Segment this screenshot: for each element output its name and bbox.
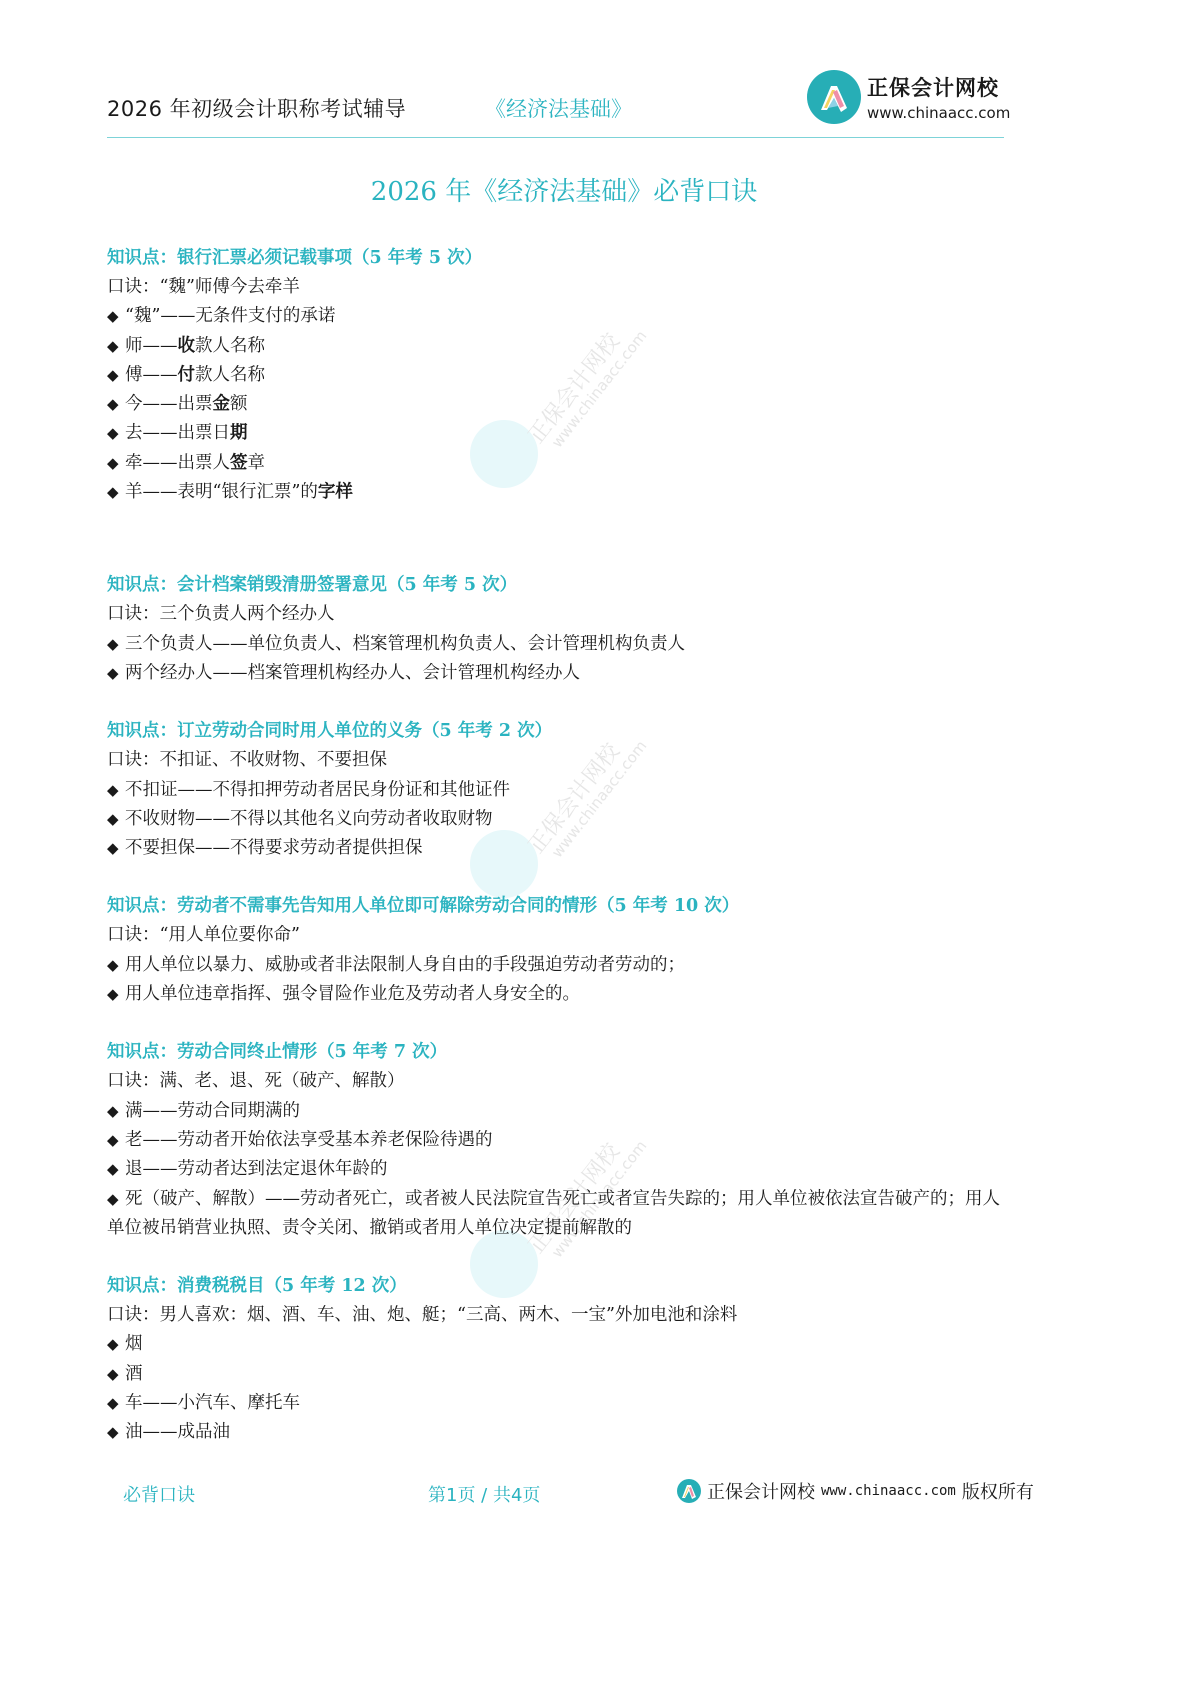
list-item: ◆三个负责人——单位负责人、档案管理机构负责人、会计管理机构负责人 xyxy=(107,630,1007,659)
list-item: ◆牵——出票人签章 xyxy=(107,449,1007,478)
diamond-bullet-icon: ◆ xyxy=(107,390,125,419)
logo-icon xyxy=(807,70,861,124)
section-heading: 知识点：劳动者不需事先告知用人单位即可解除劳动合同的情形（5 年考 10 次） xyxy=(107,892,1007,921)
section-heading: 知识点：消费税税目（5 年考 12 次） xyxy=(107,1272,1007,1301)
list-item: ◆烟 xyxy=(107,1330,1007,1359)
list-item: ◆退——劳动者达到法定退休年龄的 xyxy=(107,1155,1007,1184)
diamond-bullet-icon: ◆ xyxy=(107,332,125,361)
list-item: ◆满——劳动合同期满的 xyxy=(107,1097,1007,1126)
knowledge-section: 知识点：劳动合同终止情形（5 年考 7 次） 口诀：满、老、退、死（破产、解散）… xyxy=(107,1038,1007,1243)
diamond-bullet-icon: ◆ xyxy=(107,1330,125,1359)
diamond-bullet-icon: ◆ xyxy=(107,1185,125,1214)
diamond-bullet-icon: ◆ xyxy=(107,1155,125,1184)
section-heading: 知识点：会计档案销毁清册签署意见（5 年考 5 次） xyxy=(107,571,1007,600)
diamond-bullet-icon: ◆ xyxy=(107,630,125,659)
section-heading: 知识点：劳动合同终止情形（5 年考 7 次） xyxy=(107,1038,1007,1067)
diamond-bullet-icon: ◆ xyxy=(107,449,125,478)
knowledge-section: 知识点：订立劳动合同时用人单位的义务（5 年考 2 次） 口诀：不扣证、不收财物… xyxy=(107,717,1007,863)
section-heading: 知识点：银行汇票必须记载事项（5 年考 5 次） xyxy=(107,244,1007,273)
footer-label: 必背口诀 xyxy=(123,1481,195,1507)
section-heading: 知识点：订立劳动合同时用人单位的义务（5 年考 2 次） xyxy=(107,717,1007,746)
footer-brand: 正保会计网校 xyxy=(707,1478,815,1504)
page-footer: 必背口诀 第1页 / 共4页 正保会计网校 www.chinaacc.com 版… xyxy=(0,1478,1190,1508)
list-item: ◆死（破产、解散）——劳动者死亡，或者被人民法院宣告死亡或者宣告失踪的；用人单位… xyxy=(107,1185,1007,1244)
header-title: 2026 年初级会计职称考试辅导 xyxy=(107,93,406,123)
list-item: ◆羊——表明“银行汇票”的字样 xyxy=(107,478,1007,507)
knowledge-section: 知识点：消费税税目（5 年考 12 次） 口诀：男人喜欢：烟、酒、车、油、炮、艇… xyxy=(107,1272,1007,1447)
diamond-bullet-icon: ◆ xyxy=(107,1097,125,1126)
logo-url: www.chinaacc.com xyxy=(867,104,1010,122)
list-item: ◆两个经办人——档案管理机构经办人、会计管理机构经办人 xyxy=(107,659,1007,688)
page-number: 第1页 / 共4页 xyxy=(428,1481,540,1507)
diamond-bullet-icon: ◆ xyxy=(107,1126,125,1155)
mnemonic: 口诀：男人喜欢：烟、酒、车、油、炮、艇；“三高、两木、一宝”外加电池和涂料 xyxy=(107,1301,1007,1330)
knowledge-section: 知识点：银行汇票必须记载事项（5 年考 5 次） 口诀：“魏”师傅今去牵羊 ◆“… xyxy=(107,244,1007,507)
footer-copyright: 正保会计网校 www.chinaacc.com 版权所有 xyxy=(677,1478,1034,1504)
brand-logo: 正保会计网校 www.chinaacc.com xyxy=(807,70,1010,124)
list-item: ◆用人单位违章指挥、强令冒险作业危及劳动者人身安全的。 xyxy=(107,980,1007,1009)
list-item: ◆去——出票日期 xyxy=(107,419,1007,448)
list-item: ◆不要担保——不得要求劳动者提供担保 xyxy=(107,834,1007,863)
page-header: 2026 年初级会计职称考试辅导 《经济法基础》 正保会计网校 www.chin… xyxy=(107,60,1004,140)
list-item: ◆油——成品油 xyxy=(107,1418,1007,1447)
mnemonic: 口诀：满、老、退、死（破产、解散） xyxy=(107,1067,1007,1096)
mnemonic: 口诀：“魏”师傅今去牵羊 xyxy=(107,273,1007,302)
diamond-bullet-icon: ◆ xyxy=(107,1389,125,1418)
list-item: ◆今——出票金额 xyxy=(107,390,1007,419)
diamond-bullet-icon: ◆ xyxy=(107,1360,125,1389)
list-item: ◆“魏”——无条件支付的承诺 xyxy=(107,302,1007,331)
diamond-bullet-icon: ◆ xyxy=(107,805,125,834)
diamond-bullet-icon: ◆ xyxy=(107,659,125,688)
list-item: ◆不扣证——不得扣押劳动者居民身份证和其他证件 xyxy=(107,776,1007,805)
diamond-bullet-icon: ◆ xyxy=(107,951,125,980)
knowledge-section: 知识点：会计档案销毁清册签署意见（5 年考 5 次） 口诀：三个负责人两个经办人… xyxy=(107,571,1007,688)
footer-rights: 版权所有 xyxy=(962,1478,1034,1504)
list-item: ◆傅——付款人名称 xyxy=(107,361,1007,390)
document-title: 2026 年《经济法基础》必背口诀 xyxy=(0,171,1128,208)
header-book-title: 《经济法基础》 xyxy=(485,93,632,123)
list-item: ◆师——收款人名称 xyxy=(107,332,1007,361)
list-item: ◆用人单位以暴力、威胁或者非法限制人身自由的手段强迫劳动者劳动的； xyxy=(107,951,1007,980)
diamond-bullet-icon: ◆ xyxy=(107,776,125,805)
diamond-bullet-icon: ◆ xyxy=(107,419,125,448)
footer-url: www.chinaacc.com xyxy=(821,1483,956,1499)
mnemonic: 口诀：三个负责人两个经办人 xyxy=(107,600,1007,629)
list-item: ◆酒 xyxy=(107,1360,1007,1389)
knowledge-section: 知识点：劳动者不需事先告知用人单位即可解除劳动合同的情形（5 年考 10 次） … xyxy=(107,892,1007,1009)
header-divider xyxy=(107,137,1004,138)
diamond-bullet-icon: ◆ xyxy=(107,302,125,331)
diamond-bullet-icon: ◆ xyxy=(107,980,125,1009)
list-item: ◆老——劳动者开始依法享受基本养老保险待遇的 xyxy=(107,1126,1007,1155)
mnemonic: 口诀：不扣证、不收财物、不要担保 xyxy=(107,746,1007,775)
logo-name: 正保会计网校 xyxy=(867,72,1010,102)
diamond-bullet-icon: ◆ xyxy=(107,834,125,863)
footer-logo-icon xyxy=(677,1479,701,1503)
diamond-bullet-icon: ◆ xyxy=(107,1418,125,1447)
list-item: ◆不收财物——不得以其他名义向劳动者收取财物 xyxy=(107,805,1007,834)
document-body: 知识点：银行汇票必须记载事项（5 年考 5 次） 口诀：“魏”师傅今去牵羊 ◆“… xyxy=(107,244,1007,1448)
diamond-bullet-icon: ◆ xyxy=(107,361,125,390)
list-item: ◆车——小汽车、摩托车 xyxy=(107,1389,1007,1418)
diamond-bullet-icon: ◆ xyxy=(107,478,125,507)
mnemonic: 口诀：“用人单位要你命” xyxy=(107,921,1007,950)
